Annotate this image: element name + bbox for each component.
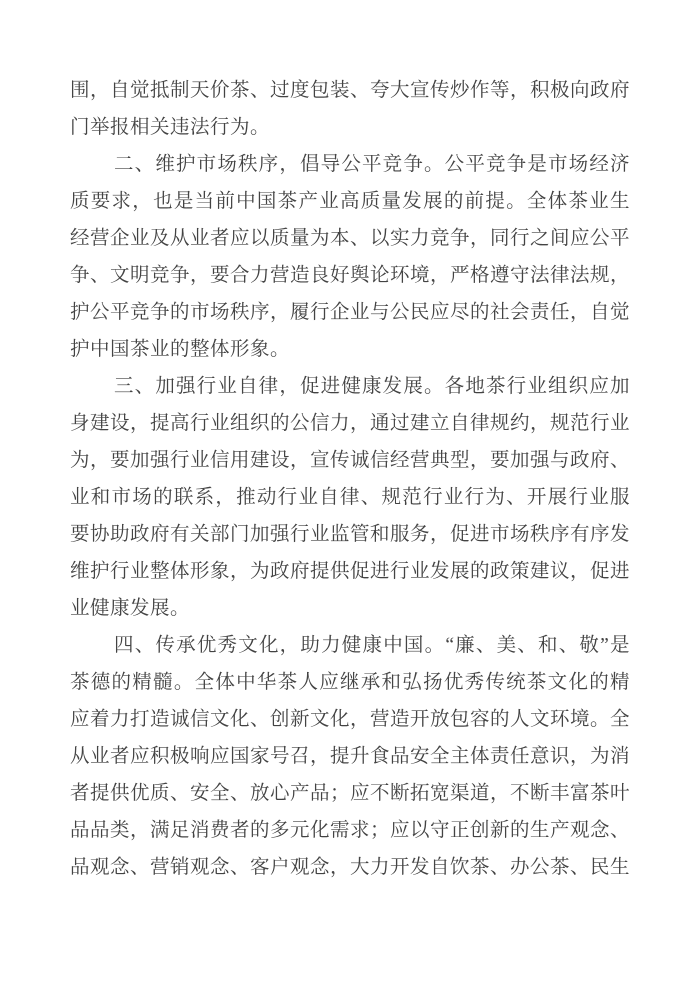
text-line: 三、加强行业自律，促进健康发展。各地茶行业组织应加强自 [70,368,630,405]
text-line: 从业者应积极响应国家号召，提升食品安全主体责任意识，为消费 [70,738,630,775]
text-line: 围，自觉抵制天价茶、过度包装、夸大宣传炒作等，积极向政府部 [70,72,630,109]
text-line: 质要求，也是当前中国茶产业高质量发展的前提。全体茶业生产、 [70,183,630,220]
text-line: 品观念、营销观念、客户观念，大力开发自饮茶、办公茶、民生茶， [70,849,630,886]
document-page: 围，自觉抵制天价茶、过度包装、夸大宣传炒作等，积极向政府部门举报相关违法行为。二… [0,0,700,990]
text-line: 为，要加强行业信用建设，宣传诚信经营典型，要加强与政府、企 [70,442,630,479]
text-line: 茶德的精髓。全体中华茶人应继承和弘扬优秀传统茶文化的精髓， [70,664,630,701]
text-line: 护中国茶业的整体形象。 [70,331,630,368]
text-line: 业和市场的联系，推动行业自律、规范行业行为、开展行业服务， [70,479,630,516]
text-line: 维护行业整体形象，为政府提供促进行业发展的政策建议，促进行 [70,553,630,590]
text-line: 品品类，满足消费者的多元化需求；应以守正创新的生产观念、产 [70,812,630,849]
text-line: 二、维护市场秩序，倡导公平竞争。公平竞争是市场经济的本 [70,146,630,183]
text-line: 四、传承优秀文化，助力健康中国。“廉、美、和、敬”是中国 [70,627,630,664]
text-line: 经营企业及从业者应以质量为本、以实力竞争，同行之间应公平竞 [70,220,630,257]
text-line: 业健康发展。 [70,590,630,627]
text-line: 身建设，提高行业组织的公信力，通过建立自律规约，规范行业行 [70,405,630,442]
text-line: 应着力打造诚信文化、创新文化，营造开放包容的人文环境。全体 [70,701,630,738]
document-body: 围，自觉抵制天价茶、过度包装、夸大宣传炒作等，积极向政府部门举报相关违法行为。二… [70,72,630,886]
text-line: 者提供优质、安全、放心产品；应不断拓宽渠道，不断丰富茶叶产 [70,775,630,812]
text-line: 要协助政府有关部门加强行业监管和服务，促进市场秩序有序发展， [70,516,630,553]
text-line: 争、文明竞争，要合力营造良好舆论环境，严格遵守法律法规，维 [70,257,630,294]
text-line: 护公平竞争的市场秩序，履行企业与公民应尽的社会责任，自觉维 [70,294,630,331]
text-line: 门举报相关违法行为。 [70,109,630,146]
